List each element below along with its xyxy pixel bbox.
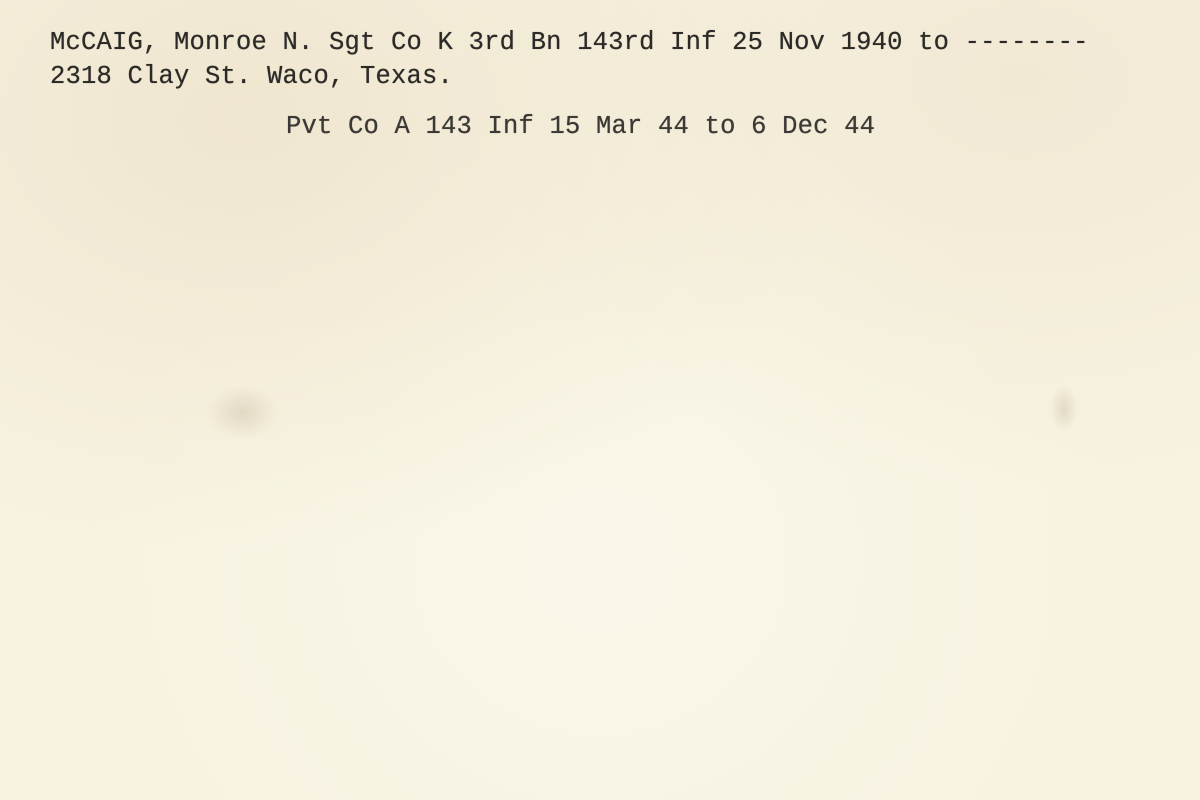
paper-smudge [1050, 385, 1078, 433]
paper-smudge [205, 385, 280, 440]
name-rank-unit-line: McCAIG, Monroe N. Sgt Co K 3rd Bn 143rd … [50, 28, 1089, 57]
address-line: 2318 Clay St. Waco, Texas. [50, 62, 453, 91]
second-service-entry-line: Pvt Co A 143 Inf 15 Mar 44 to 6 Dec 44 [286, 112, 875, 141]
index-card: McCAIG, Monroe N. Sgt Co K 3rd Bn 143rd … [0, 0, 1200, 800]
